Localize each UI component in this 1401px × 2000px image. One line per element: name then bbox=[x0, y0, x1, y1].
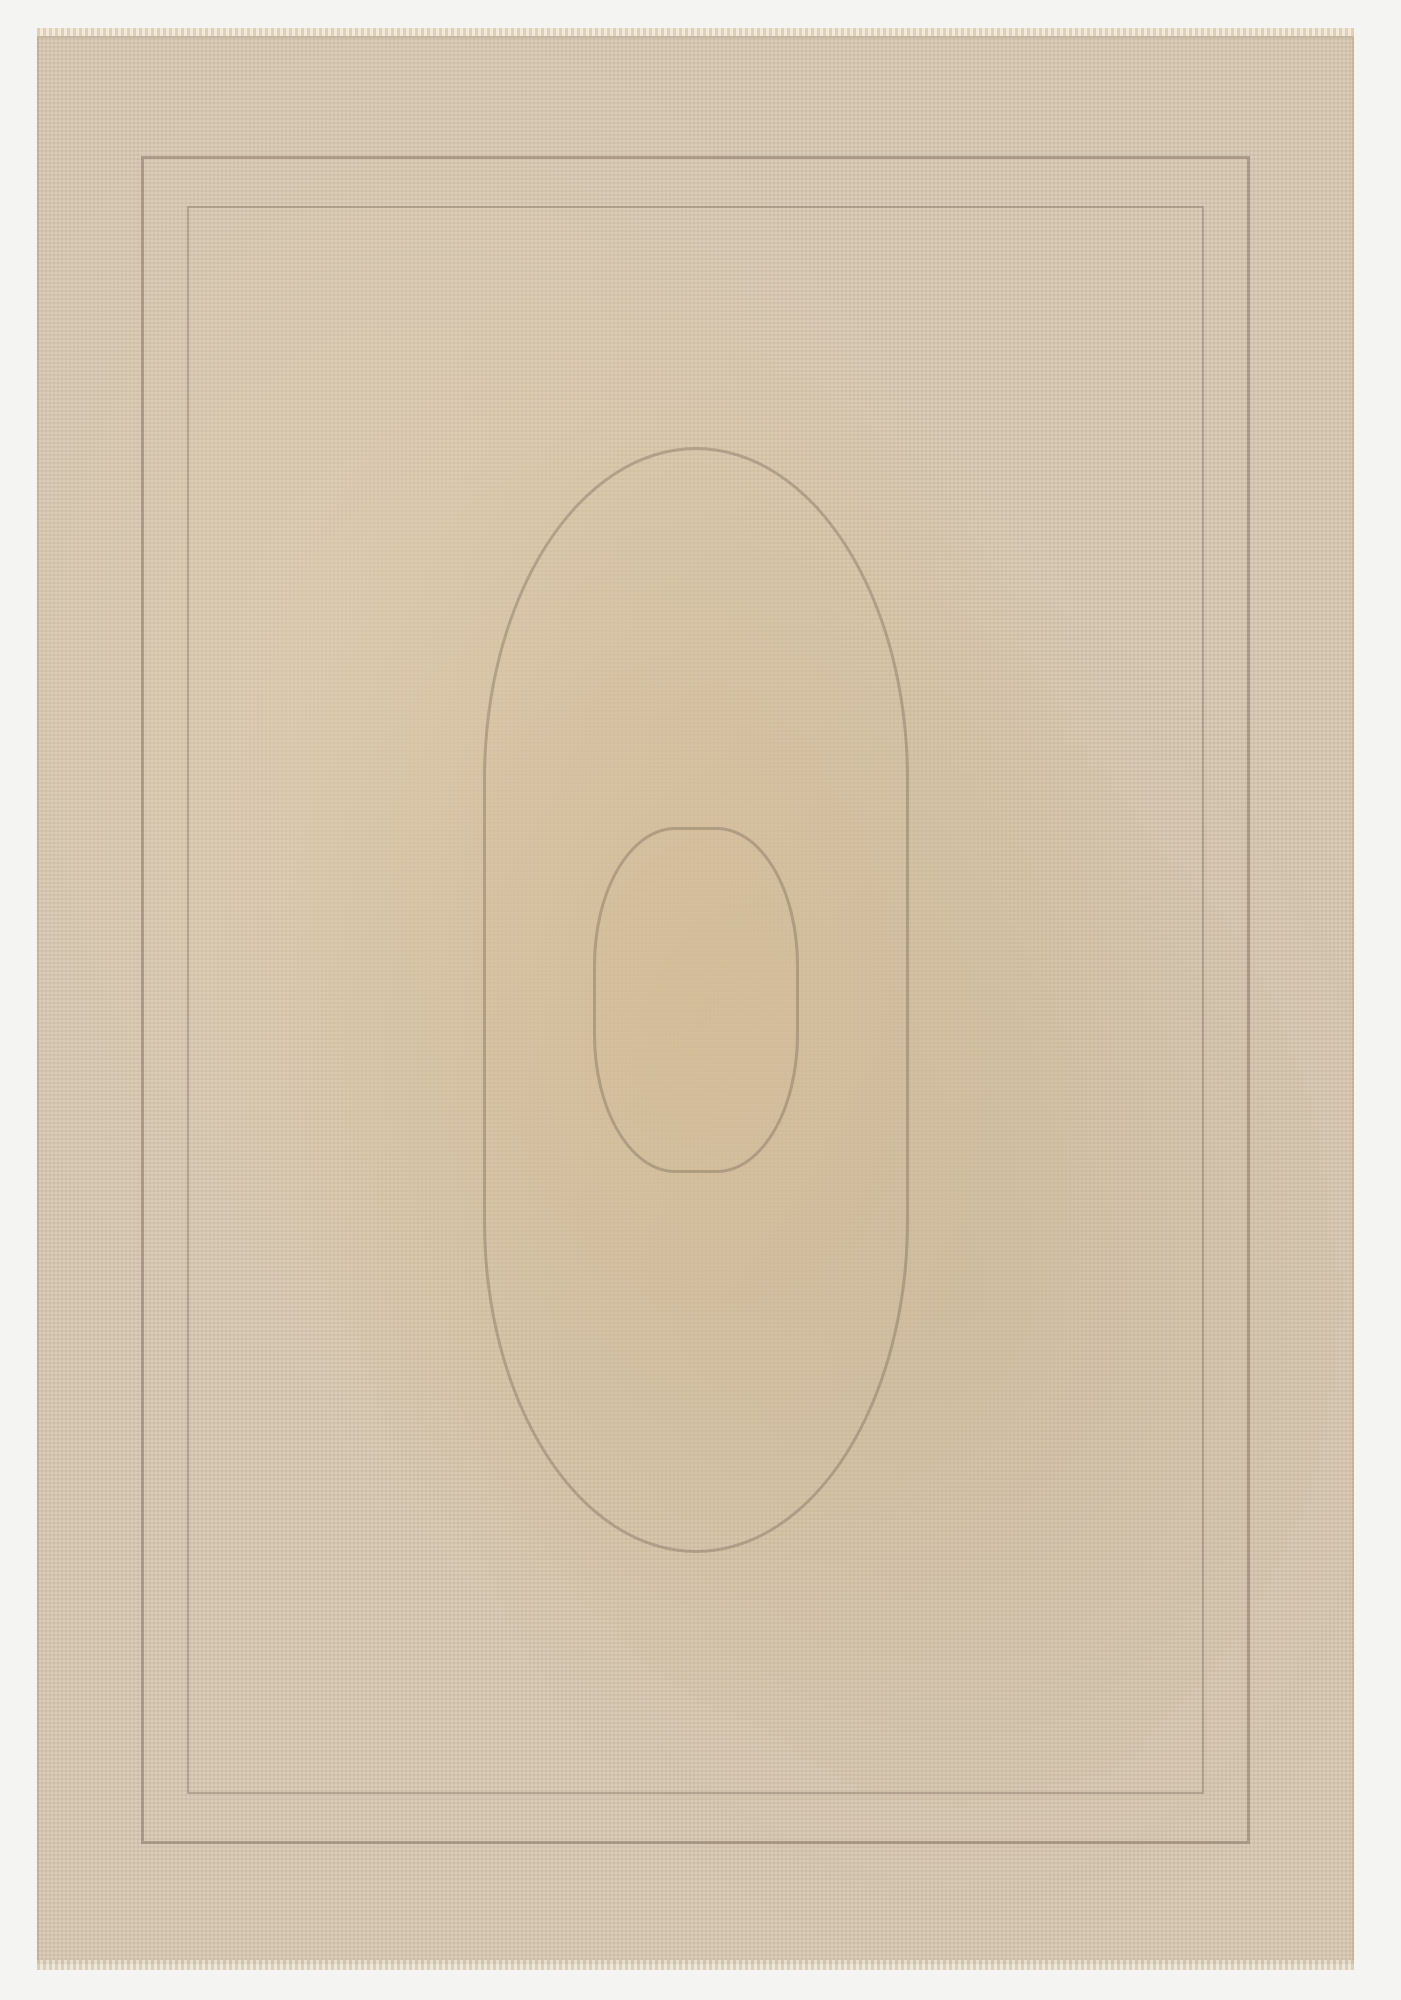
rug-center-medallion bbox=[593, 827, 799, 1173]
rug-field bbox=[202, 221, 1189, 1779]
rug-fringe-bottom bbox=[37, 1960, 1354, 1970]
rug bbox=[37, 36, 1354, 1964]
